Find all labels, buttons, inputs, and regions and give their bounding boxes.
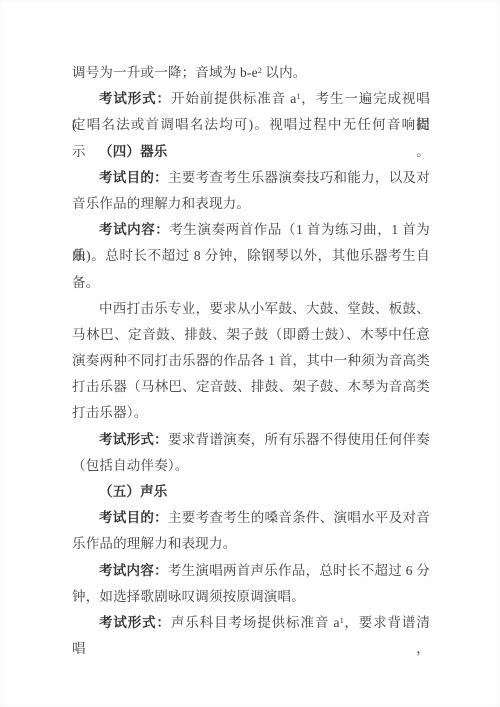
text-line: 音乐作品的理解力和表现力。 [72, 191, 430, 217]
text-line: 调号为一升或一降；音域为 b-e2 以内。 [72, 60, 430, 86]
text-line: （五）声乐 [72, 479, 430, 505]
text-segment: 声乐科目考场提供标准音 a [171, 615, 340, 630]
text-segment: 主要考查考生乐器演奏技巧和能力，以及对 [168, 170, 430, 185]
text-line: （包括自动伴奏）。 [72, 453, 430, 479]
text-segment: 乐作品的理解力和表现力。 [72, 536, 236, 551]
run-in-label: 考试形式： [99, 432, 168, 447]
run-in-label: （五）声乐 [99, 484, 168, 499]
text-line: 乐作品的理解力和表现力。 [72, 531, 430, 557]
text-line: 考试内容：考生演唱两首声乐作品，总时长不超过 6 分 [72, 558, 430, 584]
text-segment: 主要考查考生的嗓音条件、演唱水平及对音 [168, 510, 430, 525]
run-in-label: 考试目的： [99, 170, 168, 185]
text-segment: 钟，如选择歌剧咏叹调须按原调演唱。 [72, 589, 305, 604]
run-in-label: 考试内容： [99, 222, 169, 237]
run-in-label: （四）器乐 [99, 144, 168, 159]
text-segment: 马林巴、定音鼓、排鼓、架子鼓（即爵士鼓）、木琴中任意 [72, 327, 430, 342]
text-line: 考试目的：主要考查考生的嗓音条件、演唱水平及对音 [72, 505, 430, 531]
text-line: 马林巴、定音鼓、排鼓、架子鼓（即爵士鼓）、木琴中任意 [72, 322, 430, 348]
text-segment: 要求背谱演奏，所有乐器不得使用任何伴奏 [168, 432, 430, 447]
text-segment: 以内。 [262, 65, 307, 80]
text-segment: 打击乐器（马林巴、定音鼓、排鼓、架子鼓、木琴为音高类 [72, 379, 430, 394]
text-line: 钟，如选择歌剧咏叹调须按原调演唱。 [72, 584, 430, 610]
text-segment: 曲)。总时长不超过 8 分钟，除钢琴以外，其他乐器考生自 [72, 248, 430, 263]
text-line: 打击乐器（马林巴、定音鼓、排鼓、架子鼓、木琴为音高类 [72, 374, 430, 400]
text-segment: 打击乐器）。 [72, 405, 147, 420]
run-in-label: 考试形式： [99, 91, 171, 106]
text-line: 考试形式：开始前提供标准音 a1，考生一遍完成视唱(固 [72, 86, 430, 112]
run-in-label: 考试目的： [99, 510, 168, 525]
text-line: 中西打击乐专业，要求从小军鼓、大鼓、堂鼓、板鼓、 [72, 296, 430, 322]
run-in-label: 考试形式： [99, 615, 171, 630]
document-page: 调号为一升或一降；音域为 b-e2 以内。考试形式：开始前提供标准音 a1，考生… [0, 0, 500, 707]
document-text: 调号为一升或一降；音域为 b-e2 以内。考试形式：开始前提供标准音 a1，考生… [72, 60, 430, 636]
run-in-label: 考试内容： [99, 563, 168, 578]
text-segment: 中西打击乐专业，要求从小军鼓、大鼓、堂鼓、板鼓、 [99, 301, 430, 316]
text-line: 考试形式：要求背谱演奏，所有乐器不得使用任何伴奏 [72, 427, 430, 453]
text-segment: 备。 [72, 275, 99, 290]
text-line: 曲)。总时长不超过 8 分钟，除钢琴以外，其他乐器考生自 [72, 243, 430, 269]
text-segment: （包括自动伴奏）。 [72, 458, 189, 473]
text-segment: 音乐作品的理解力和表现力。 [72, 196, 250, 211]
text-line: 定唱名法或首调唱名法均可)。视唱过程中无任何音响提示。 [72, 112, 430, 138]
text-segment: 调号为一升或一降；音域为 b-e [72, 65, 258, 80]
text-line: 打击乐器）。 [72, 400, 430, 426]
text-line: 考试形式：声乐科目考场提供标准音 a1，要求背谱清唱， [72, 610, 430, 636]
text-line: 演奏两种不同打击乐器的作品各 1 首，其中一种须为音高类 [72, 348, 430, 374]
text-line: 考试目的：主要考查考生乐器演奏技巧和能力，以及对 [72, 165, 430, 191]
text-line: 考试内容：考生演奏两首作品（1 首为练习曲，1 首为乐 [72, 217, 430, 243]
text-segment: 开始前提供标准音 a [171, 91, 297, 106]
text-line: 备。 [72, 270, 430, 296]
text-segment: 考生演唱两首声乐作品，总时长不超过 6 分 [168, 563, 430, 578]
text-segment: 演奏两种不同打击乐器的作品各 1 首，其中一种须为音高类 [72, 353, 430, 368]
